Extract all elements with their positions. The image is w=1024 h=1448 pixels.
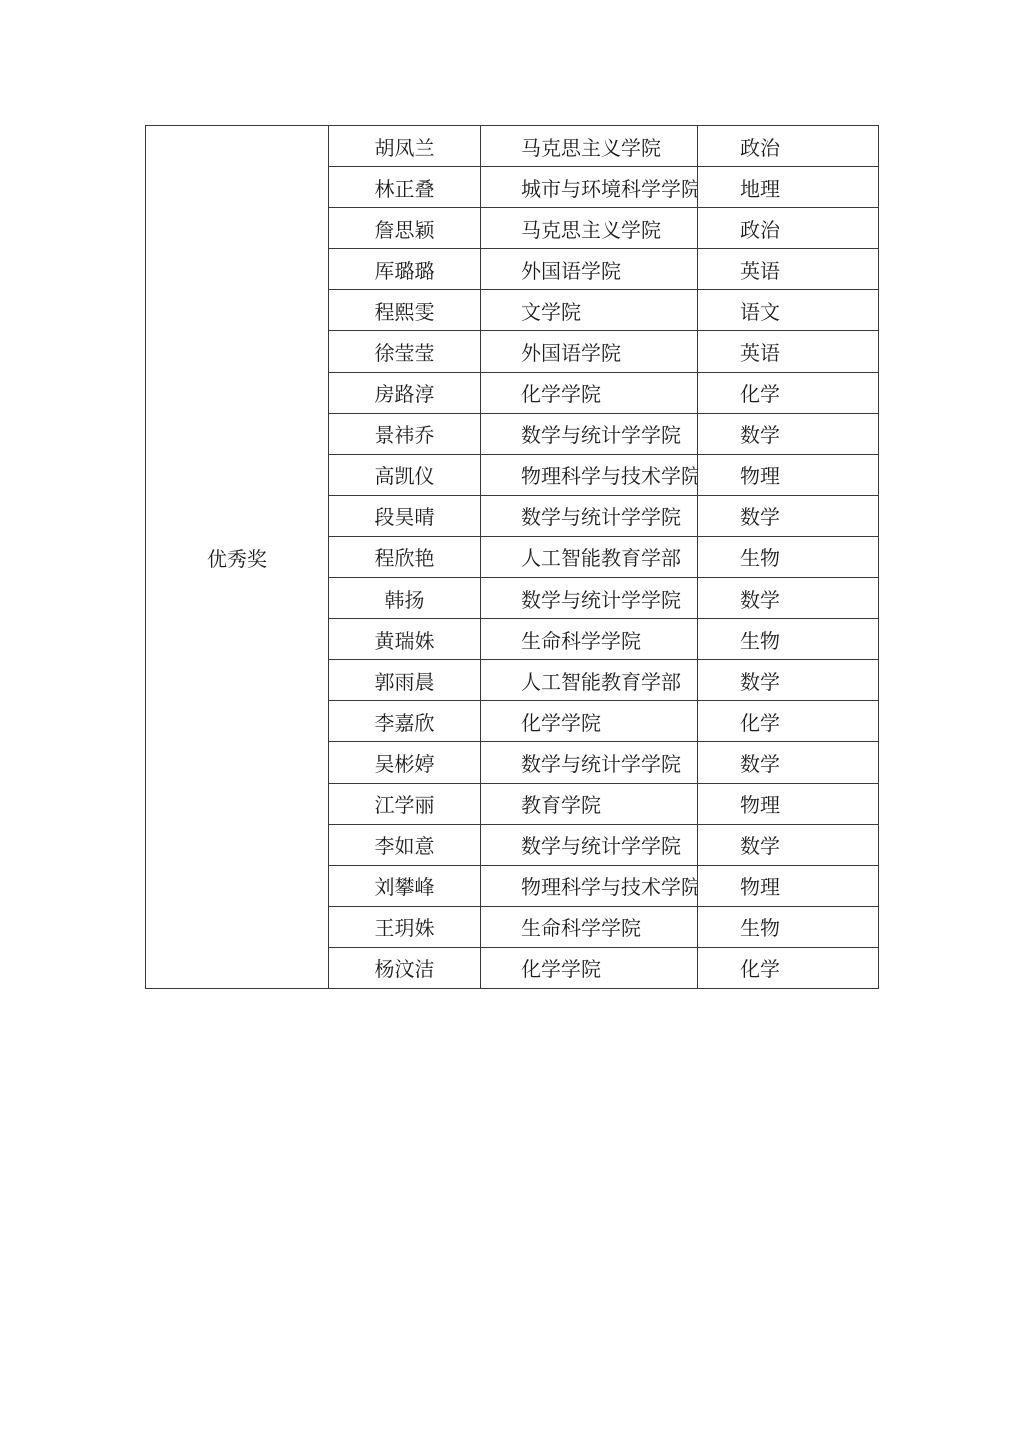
awards-table-body: 优秀奖 胡凤兰 马克思主义学院 政治 林正叠 城市与环境科学学院 地理 詹思颖 … — [146, 126, 879, 989]
winner-subject-cell: 语文 — [698, 290, 879, 331]
winner-name-cell: 段昊晴 — [329, 495, 481, 536]
award-group-cell: 优秀奖 — [146, 126, 329, 989]
winner-subject-cell: 政治 — [698, 126, 879, 167]
winner-college-cell: 外国语学院 — [481, 249, 698, 290]
winner-college-cell: 人工智能教育学部 — [481, 660, 698, 701]
winner-college-cell: 数学与统计学学院 — [481, 742, 698, 783]
winner-college-cell: 化学学院 — [481, 947, 698, 988]
winner-college-cell: 数学与统计学学院 — [481, 413, 698, 454]
winner-name-cell: 黄瑞姝 — [329, 619, 481, 660]
winner-name-cell: 程欣艳 — [329, 536, 481, 577]
winner-name-cell: 李如意 — [329, 824, 481, 865]
winner-college-cell: 数学与统计学学院 — [481, 824, 698, 865]
winner-subject-cell: 物理 — [698, 783, 879, 824]
winner-name-cell: 韩扬 — [329, 578, 481, 619]
winner-name-cell: 景祎乔 — [329, 413, 481, 454]
winner-college-cell: 生命科学学院 — [481, 906, 698, 947]
winner-name-cell: 徐莹莹 — [329, 331, 481, 372]
winner-subject-cell: 生物 — [698, 619, 879, 660]
winner-subject-cell: 数学 — [698, 578, 879, 619]
winner-college-cell: 物理科学与技术学院 — [481, 454, 698, 495]
winner-subject-cell: 数学 — [698, 824, 879, 865]
winner-subject-cell: 地理 — [698, 167, 879, 208]
winner-name-cell: 吴彬婷 — [329, 742, 481, 783]
winner-name-cell: 林正叠 — [329, 167, 481, 208]
winner-subject-cell: 数学 — [698, 495, 879, 536]
winner-name-cell: 江学丽 — [329, 783, 481, 824]
winner-college-cell: 人工智能教育学部 — [481, 536, 698, 577]
winner-subject-cell: 生物 — [698, 906, 879, 947]
winner-subject-cell: 物理 — [698, 454, 879, 495]
winner-subject-cell: 化学 — [698, 947, 879, 988]
winner-college-cell: 文学院 — [481, 290, 698, 331]
winner-college-cell: 数学与统计学学院 — [481, 578, 698, 619]
winner-college-cell: 马克思主义学院 — [481, 126, 698, 167]
winner-college-cell: 外国语学院 — [481, 331, 698, 372]
winner-college-cell: 数学与统计学学院 — [481, 495, 698, 536]
winner-name-cell: 王玥姝 — [329, 906, 481, 947]
winner-college-cell: 教育学院 — [481, 783, 698, 824]
winner-name-cell: 杨汶洁 — [329, 947, 481, 988]
winner-subject-cell: 英语 — [698, 249, 879, 290]
winner-name-cell: 厍璐璐 — [329, 249, 481, 290]
winner-college-cell: 生命科学学院 — [481, 619, 698, 660]
winner-name-cell: 詹思颖 — [329, 208, 481, 249]
winner-college-cell: 马克思主义学院 — [481, 208, 698, 249]
awards-table: 优秀奖 胡凤兰 马克思主义学院 政治 林正叠 城市与环境科学学院 地理 詹思颖 … — [145, 125, 879, 989]
winner-name-cell: 房路淳 — [329, 372, 481, 413]
winner-name-cell: 胡凤兰 — [329, 126, 481, 167]
document-page: 优秀奖 胡凤兰 马克思主义学院 政治 林正叠 城市与环境科学学院 地理 詹思颖 … — [0, 0, 1024, 1448]
winner-name-cell: 高凯仪 — [329, 454, 481, 495]
table-row: 优秀奖 胡凤兰 马克思主义学院 政治 — [146, 126, 879, 167]
winner-subject-cell: 化学 — [698, 372, 879, 413]
winner-college-cell: 城市与环境科学学院 — [481, 167, 698, 208]
winner-subject-cell: 数学 — [698, 660, 879, 701]
winner-college-cell: 物理科学与技术学院 — [481, 865, 698, 906]
winner-name-cell: 李嘉欣 — [329, 701, 481, 742]
winner-subject-cell: 数学 — [698, 413, 879, 454]
winner-name-cell: 程熙雯 — [329, 290, 481, 331]
winner-college-cell: 化学学院 — [481, 372, 698, 413]
winner-college-cell: 化学学院 — [481, 701, 698, 742]
winner-name-cell: 郭雨晨 — [329, 660, 481, 701]
winner-subject-cell: 政治 — [698, 208, 879, 249]
winner-subject-cell: 数学 — [698, 742, 879, 783]
winner-subject-cell: 化学 — [698, 701, 879, 742]
winner-name-cell: 刘攀峰 — [329, 865, 481, 906]
winner-subject-cell: 生物 — [698, 536, 879, 577]
winner-subject-cell: 物理 — [698, 865, 879, 906]
winner-subject-cell: 英语 — [698, 331, 879, 372]
